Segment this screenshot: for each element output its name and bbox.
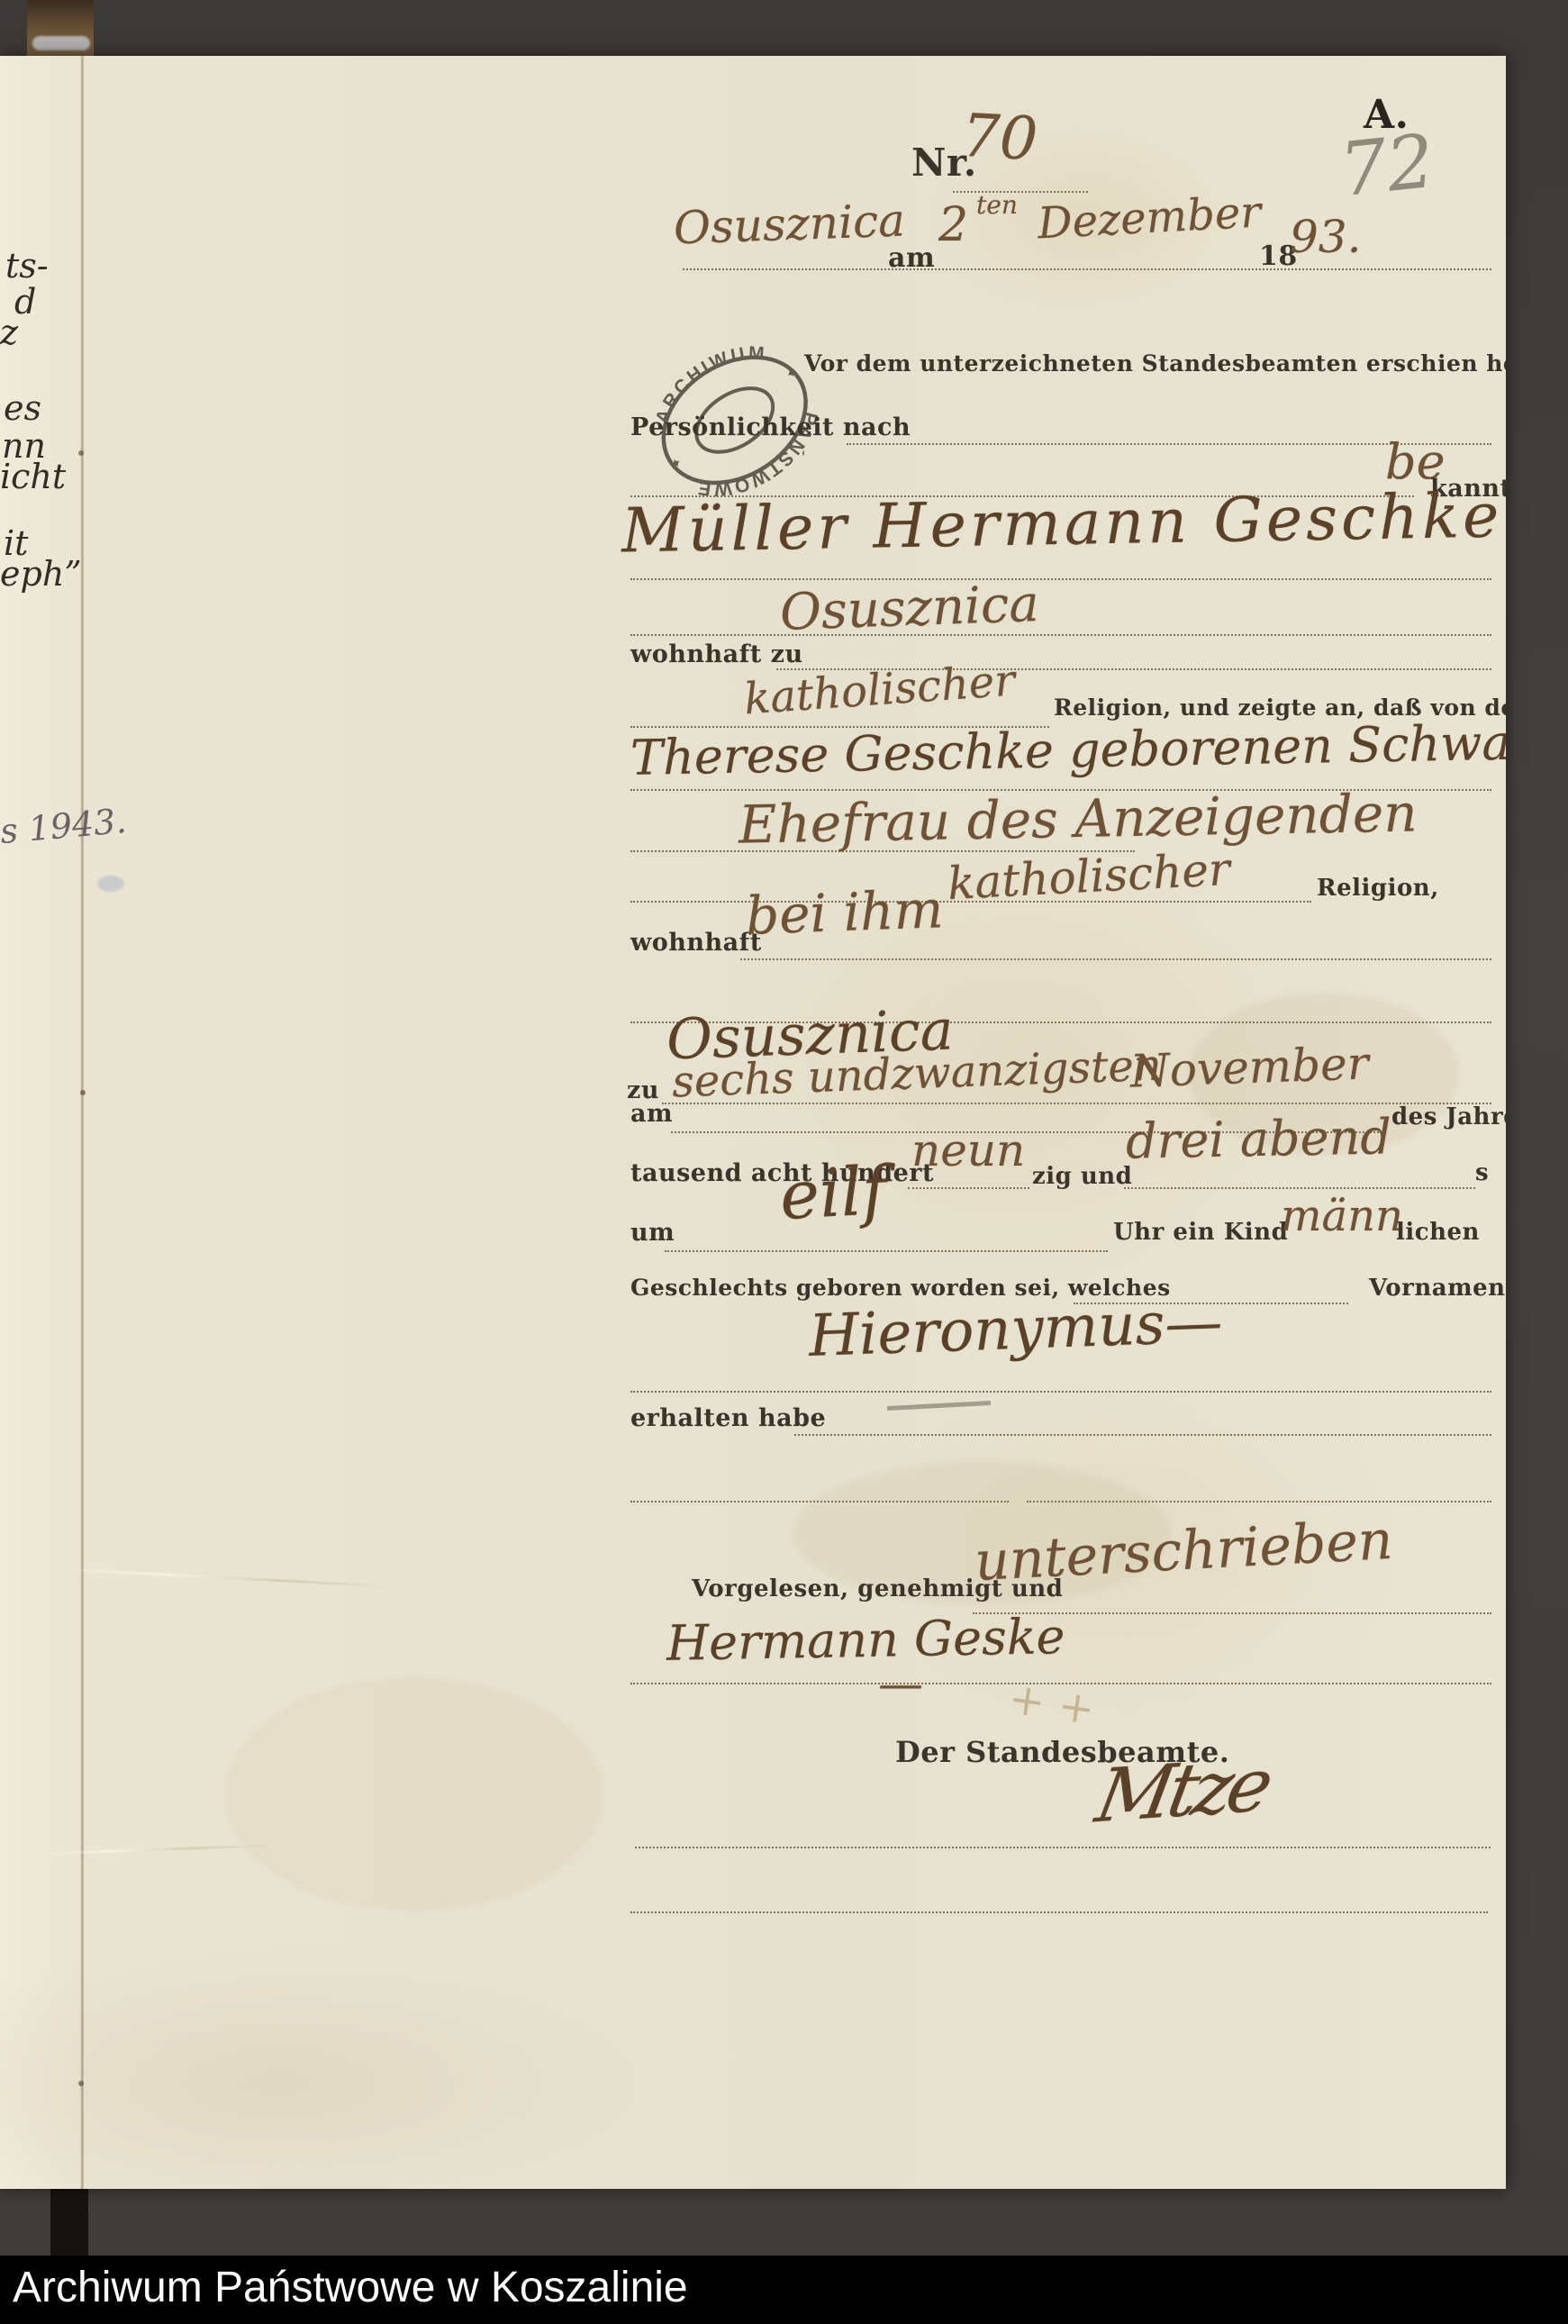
dotted-line <box>630 1911 1488 1913</box>
dotted-line <box>794 1434 1491 1436</box>
form-intro: Vor dem unterzeichneten Standesbeamten e… <box>804 351 1506 377</box>
dotted-line <box>740 958 1491 960</box>
margin-fragment: z <box>0 315 18 350</box>
label-am: am <box>630 1101 673 1128</box>
record-number: 70 <box>960 106 1038 169</box>
paper-crease <box>36 1844 270 1855</box>
header-day-suffix: ten <box>976 193 1018 218</box>
entry-hour: eilf <box>778 1157 888 1230</box>
entry-mother-role: Ehefrau des Anzeigenden <box>739 786 1418 850</box>
label-wohnhaft-zu: wohnhaft zu <box>630 641 803 668</box>
registry-page: ts- d z es nn icht it eph” s 1943. A. 72… <box>0 56 1506 2189</box>
dotted-line <box>630 901 1311 903</box>
dotted-line <box>908 1187 1029 1189</box>
pencil-folio-number: 72 <box>1337 125 1437 208</box>
label-religion: Religion, <box>1317 876 1439 902</box>
stitch-hole <box>78 450 84 456</box>
entry-informant-name: Müller Hermann Geschke <box>621 486 1502 562</box>
stamp-star-icon: ✦ <box>667 454 685 474</box>
entry-year-tens: neun <box>911 1128 1025 1173</box>
header-month: Dezember <box>1037 191 1262 246</box>
stitch-hole <box>78 2081 84 2086</box>
label-um: um <box>630 1220 675 1247</box>
entry-informant-residence: Osusznica <box>779 579 1039 639</box>
paper-crease <box>54 1567 396 1588</box>
entry-mother-religion: katholischer <box>947 847 1231 906</box>
dotted-line <box>635 1847 1491 1848</box>
dotted-line <box>630 1391 1491 1393</box>
dotted-line <box>630 1501 1009 1502</box>
label-vornamen: Vornamen <box>1369 1275 1506 1302</box>
margin-fragment: icht <box>0 459 66 494</box>
label-lichen: lichen <box>1396 1220 1480 1246</box>
stitch-hole <box>80 1090 86 1095</box>
header-place: Osusznica <box>673 198 905 251</box>
label-erhalten-habe: erhalten habe <box>630 1405 826 1432</box>
archival-scan: ts- d z es nn icht it eph” s 1943. A. 72… <box>0 0 1568 2324</box>
entry-father-signature: Hermann Geske <box>666 1612 1065 1668</box>
entry-mother-name: Therese Geschke geborenen Schwan <box>630 718 1506 783</box>
dotted-line <box>630 578 1491 580</box>
ink-bleedthrough <box>225 1677 603 1911</box>
binding-fold <box>80 56 85 2189</box>
margin-fragment: es <box>4 391 41 425</box>
blue-pencil-smudge <box>97 876 124 892</box>
entry-gender: männ <box>1281 1194 1403 1238</box>
entry-child-name: Hieronymus— <box>808 1294 1223 1366</box>
margin-note-1943: s 1943. <box>0 803 128 849</box>
dotted-line <box>683 268 1491 270</box>
dotted-line <box>953 191 1088 193</box>
entry-birth-month: November <box>1129 1040 1369 1094</box>
entry-mother-residence: bei ihm <box>745 883 944 942</box>
pencil-underline <box>887 1401 991 1411</box>
label-wohnhaft: wohnhaft <box>630 930 762 957</box>
dotted-line <box>1124 1187 1475 1189</box>
archive-name: Archiwum Państwowe w Koszalinie <box>13 2263 688 2312</box>
header-day: 2 <box>938 202 968 249</box>
entry-registrar-signature: Mtze <box>1091 1749 1273 1835</box>
dotted-line <box>630 634 1491 636</box>
label-des-jahres: des Jahres <box>1391 1104 1506 1130</box>
spine-shadow <box>50 2187 88 2257</box>
ink-dash: — <box>878 1661 923 1706</box>
label-zig-und: zig und <box>1032 1164 1132 1190</box>
dotted-line <box>665 1250 1108 1252</box>
label-persoenlichkeit: Persönlichkeit nach <box>630 414 911 441</box>
header-year: 93. <box>1290 214 1362 259</box>
label-uhr-ein-kind: Uhr ein Kind <box>1113 1220 1288 1246</box>
pencil-crosses: + + <box>1006 1677 1097 1732</box>
binding-thread <box>32 36 90 50</box>
entry-year-units-time: drei abend <box>1126 1112 1392 1166</box>
margin-fragment: eph” <box>0 557 82 591</box>
margin-fragment: ts- <box>5 249 49 283</box>
dotted-line <box>1027 1501 1491 1502</box>
archive-caption-bar: Archiwum Państwowe w Koszalinie <box>0 2256 1568 2324</box>
label-s-suffix: s <box>1475 1160 1489 1186</box>
